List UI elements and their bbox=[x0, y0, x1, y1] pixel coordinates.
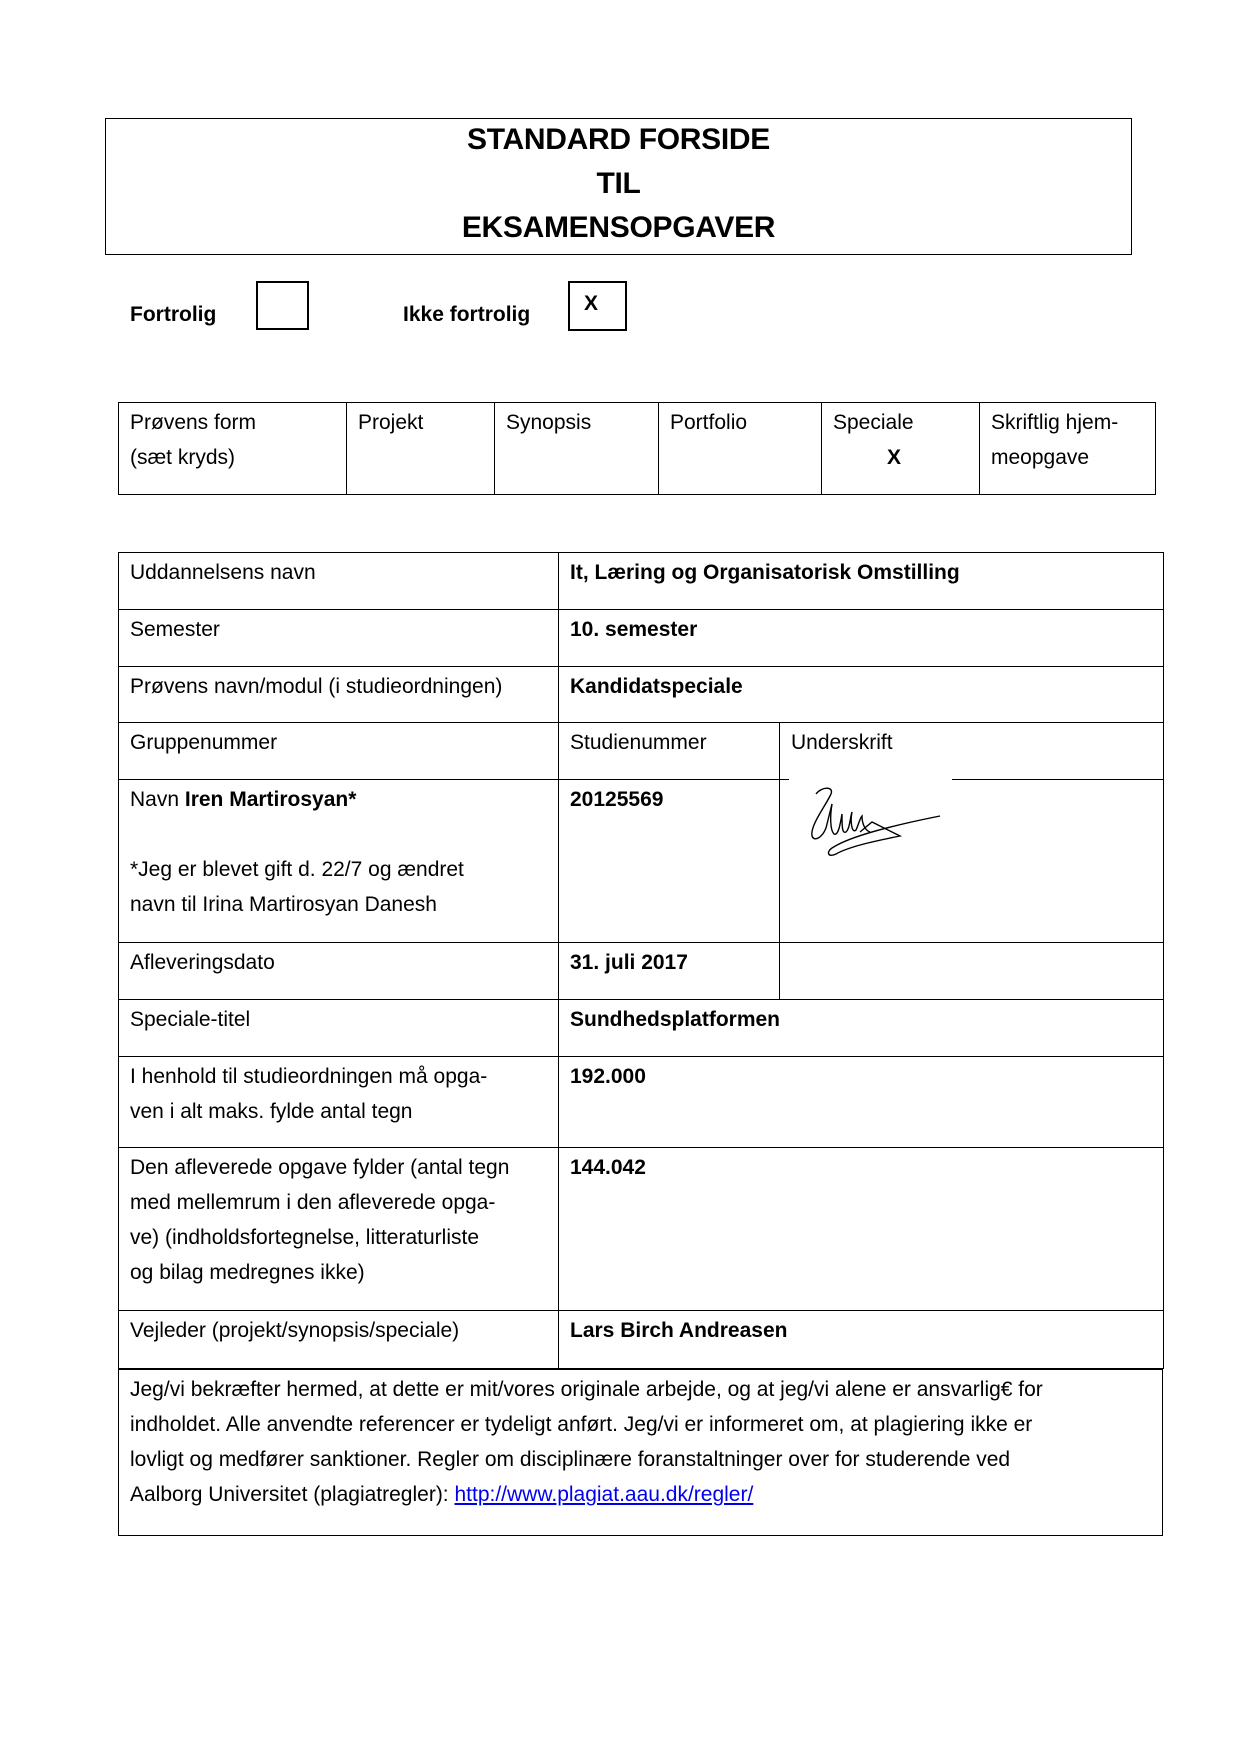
actual-chars-value: 144.042 bbox=[559, 1148, 1163, 1185]
table-row: Vejleder (projekt/synopsis/speciale) Lar… bbox=[119, 1311, 1164, 1369]
declaration-line4: Aalborg Universitet (plagiatregler): htt… bbox=[130, 1477, 1151, 1512]
not-confidential-mark: X bbox=[584, 292, 598, 316]
confidential-checkbox[interactable] bbox=[256, 281, 309, 330]
supervisor-label: Vejleder (projekt/synopsis/speciale) bbox=[119, 1311, 558, 1348]
actual-chars-label-line2: med mellemrum i den afleverede opga- bbox=[130, 1185, 547, 1220]
table-row: Gruppenummer Studienummer Underskrift bbox=[119, 723, 1164, 780]
table-row: Afleveringsdato 31. juli 2017 bbox=[119, 943, 1164, 1000]
name-value: Iren Martirosyan* bbox=[185, 788, 357, 811]
max-chars-label-line2: ven i alt maks. fylde antal tegn bbox=[130, 1094, 547, 1129]
title-box: STANDARD FORSIDE TIL EKSAMENSOPGAVER bbox=[105, 118, 1132, 255]
option-label-line1: Skriftlig hjem- bbox=[991, 405, 1144, 440]
table-row: Navn Iren Martirosyan* *Jeg er blevet gi… bbox=[119, 780, 1164, 943]
education-value: It, Læring og Organisatorisk Omstilling bbox=[559, 553, 1163, 590]
title-line-3: EKSAMENSOPGAVER bbox=[106, 211, 1131, 245]
table-row: Semester 10. semester bbox=[119, 610, 1164, 667]
table-row: Prøvens navn/modul (i studieordningen) K… bbox=[119, 667, 1164, 723]
option-mark-speciale: X bbox=[833, 440, 968, 475]
exam-form-header-line2: (sæt kryds) bbox=[130, 440, 335, 475]
table-row: I henhold til studieordningen må opga- v… bbox=[119, 1057, 1164, 1148]
info-table: Uddannelsens navn It, Læring og Organisa… bbox=[118, 552, 1164, 1369]
max-chars-label-line1: I henhold til studieordningen må opga- bbox=[130, 1059, 547, 1094]
table-row: Speciale-titel Sundhedsplatformen bbox=[119, 1000, 1164, 1057]
exam-form-header: Prøvens form (sæt kryds) bbox=[119, 403, 347, 495]
exam-name-value: Kandidatspeciale bbox=[559, 667, 1163, 704]
signature-label: Underskrift bbox=[780, 723, 1163, 760]
option-label-line2: meopgave bbox=[991, 440, 1144, 475]
declaration-line1: Jeg/vi bekræfter hermed, at dette er mit… bbox=[130, 1372, 1151, 1407]
declaration-line3: lovligt og medfører sanktioner. Regler o… bbox=[130, 1442, 1151, 1477]
semester-label: Semester bbox=[119, 610, 558, 647]
exam-name-label: Prøvens navn/modul (i studieordningen) bbox=[119, 667, 558, 704]
not-confidential-checkbox[interactable]: X bbox=[568, 281, 627, 331]
group-label: Gruppenummer bbox=[119, 723, 558, 760]
name-prefix: Navn bbox=[130, 788, 185, 811]
declaration-box: Jeg/vi bekræfter hermed, at dette er mit… bbox=[118, 1368, 1163, 1536]
exam-form-header-line1: Prøvens form bbox=[130, 405, 335, 440]
student-number-value: 20125569 bbox=[559, 780, 779, 817]
actual-chars-label-line3: ve) (indholdsfortegnelse, litteraturlist… bbox=[130, 1220, 547, 1255]
declaration-line2: indholdet. Alle anvendte referencer er t… bbox=[130, 1407, 1151, 1442]
thesis-title-label: Speciale-titel bbox=[119, 1000, 558, 1037]
exam-form-table: Prøvens form (sæt kryds) Projekt Synopsi… bbox=[118, 402, 1156, 495]
max-chars-value: 192.000 bbox=[559, 1057, 1163, 1094]
education-label: Uddannelsens navn bbox=[119, 553, 558, 590]
option-label: Projekt bbox=[358, 405, 483, 440]
option-label: Synopsis bbox=[506, 405, 647, 440]
exam-form-option-skriftlig[interactable]: Skriftlig hjem- meopgave bbox=[980, 403, 1156, 495]
thesis-title-value: Sundhedsplatformen bbox=[559, 1000, 1163, 1037]
title-line-2: TIL bbox=[106, 167, 1131, 201]
signature-image bbox=[800, 782, 950, 862]
table-row: Uddannelsens navn It, Læring og Organisa… bbox=[119, 553, 1164, 610]
actual-chars-label-line4: og bilag medregnes ikke) bbox=[130, 1255, 547, 1290]
exam-form-option-portfolio[interactable]: Portfolio bbox=[659, 403, 822, 495]
table-row: Den afleverede opgave fylder (antal tegn… bbox=[119, 1148, 1164, 1311]
due-date-label: Afleveringsdato bbox=[119, 943, 558, 980]
exam-form-option-speciale[interactable]: Speciale X bbox=[822, 403, 980, 495]
option-label: Speciale bbox=[833, 405, 968, 440]
name-note-line1: *Jeg er blevet gift d. 22/7 og ændret bbox=[130, 852, 547, 887]
exam-form-option-projekt[interactable]: Projekt bbox=[347, 403, 495, 495]
student-number-label: Studienummer bbox=[559, 723, 779, 760]
semester-value: 10. semester bbox=[559, 610, 1163, 647]
exam-form-option-synopsis[interactable]: Synopsis bbox=[495, 403, 659, 495]
option-label: Portfolio bbox=[670, 405, 810, 440]
confidential-label: Fortrolig bbox=[130, 303, 216, 327]
declaration-line4-prefix: Aalborg Universitet (plagiatregler): bbox=[130, 1483, 454, 1506]
name-line: Navn Iren Martirosyan* bbox=[130, 782, 547, 817]
actual-chars-label-line1: Den afleverede opgave fylder (antal tegn bbox=[130, 1150, 547, 1185]
name-note-line2: navn til Irina Martirosyan Danesh bbox=[130, 887, 547, 922]
title-line-1: STANDARD FORSIDE bbox=[106, 123, 1131, 157]
supervisor-value: Lars Birch Andreasen bbox=[559, 1311, 1163, 1348]
due-date-value: 31. juli 2017 bbox=[559, 943, 779, 980]
plagiarism-rules-link[interactable]: http://www.plagiat.aau.dk/regler/ bbox=[454, 1483, 753, 1506]
not-confidential-label: Ikke fortrolig bbox=[403, 303, 530, 327]
